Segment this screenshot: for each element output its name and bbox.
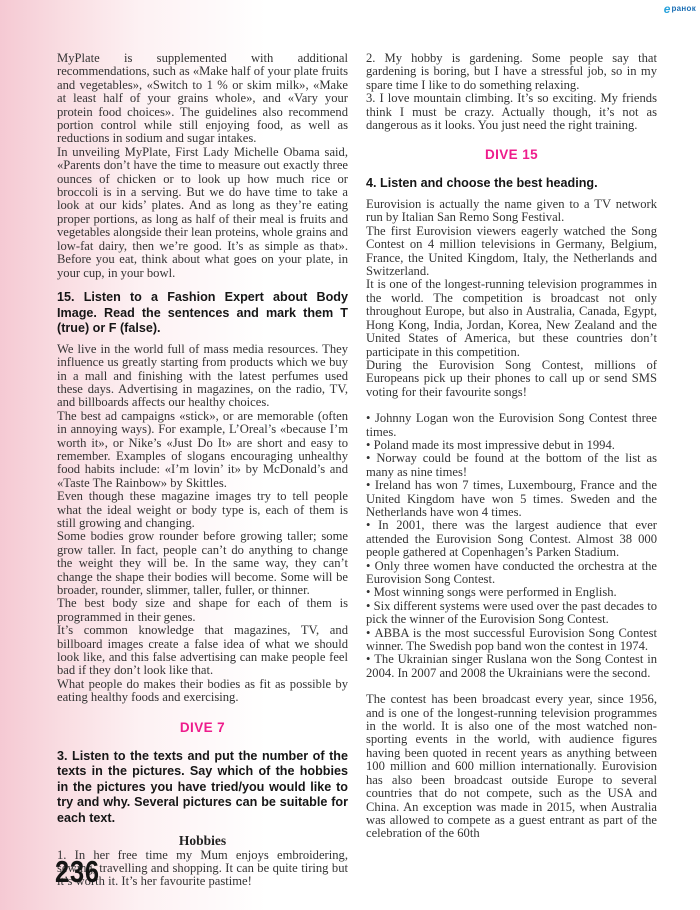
- eurovision-fact: Only three women have conducted the orch…: [366, 560, 657, 587]
- eurovision-fact: Norway could be found at the bottom of t…: [366, 452, 657, 479]
- task-15-heading: 15. Listen to a Fashion Expert about Bod…: [57, 290, 348, 337]
- paragraph-myplate-2: In unveiling MyPlate, First Lady Michell…: [57, 146, 348, 280]
- hobbies-title: Hobbies: [57, 833, 348, 849]
- eurovision-fact: The Ukrainian singer Ruslana won the Son…: [366, 653, 657, 680]
- right-column: 2. My hobby is gardening. Some people sa…: [366, 52, 657, 889]
- eurovision-paragraph: Eurovision is actually the name given to…: [366, 198, 657, 225]
- eurovision-closing-paragraph: The contest has been broadcast every yea…: [366, 693, 657, 840]
- task-3-heading: 3. Listen to the texts and put the numbe…: [57, 749, 348, 827]
- body-image-paragraph: Even though these magazine images try to…: [57, 490, 348, 530]
- left-column: MyPlate is supplemented with additional …: [57, 52, 348, 889]
- body-image-paragraph: We live in the world full of mass media …: [57, 343, 348, 410]
- task-4-heading: 4. Listen and choose the best heading.: [366, 176, 657, 192]
- dive-7-label: DIVE 7: [57, 720, 348, 735]
- body-image-paragraph: Some bodies grow rounder before growing …: [57, 530, 348, 597]
- body-image-paragraph: The best body size and shape for each of…: [57, 597, 348, 624]
- page-number: 236: [55, 854, 100, 890]
- two-column-layout: MyPlate is supplemented with additional …: [57, 52, 657, 889]
- eurovision-paragraph: It is one of the longest-running televis…: [366, 278, 657, 358]
- eurovision-fact: Poland made its most impressive debut in…: [366, 439, 657, 452]
- body-image-paragraph: What people do makes their bodies as fit…: [57, 678, 348, 705]
- eurovision-paragraph: The first Eurovision viewers eagerly wat…: [366, 225, 657, 279]
- paragraph-myplate-1: MyPlate is supplemented with additional …: [57, 52, 348, 146]
- eurovision-fact: In 2001, there was the largest audience …: [366, 519, 657, 559]
- body-image-paragraph: It’s common knowledge that magazines, TV…: [57, 624, 348, 678]
- publisher-logo: е ранок: [664, 3, 696, 15]
- e-logo-icon: е: [664, 3, 671, 15]
- dive-15-label: DIVE 15: [366, 147, 657, 162]
- eurovision-fact: Six different systems were used over the…: [366, 600, 657, 627]
- eurovision-fact: Most winning songs were performed in Eng…: [366, 586, 657, 599]
- eurovision-paragraph: During the Eurovision Song Contest, mill…: [366, 359, 657, 399]
- textbook-page: е ранок MyPlate is supplemented with add…: [0, 0, 700, 910]
- hobby-text-2: 2. My hobby is gardening. Some people sa…: [366, 52, 657, 92]
- publisher-logo-text: ранок: [671, 5, 696, 13]
- hobby-text-1: 1. In her free time my Mum enjoys embroi…: [57, 849, 348, 889]
- eurovision-fact: ABBA is the most successful Eurovision S…: [366, 627, 657, 654]
- body-image-paragraph: The best ad campaigns «stick», or are me…: [57, 410, 348, 490]
- eurovision-fact: Johnny Logan won the Eurovision Song Con…: [366, 412, 657, 439]
- eurovision-fact: Ireland has won 7 times, Luxembourg, Fra…: [366, 479, 657, 519]
- hobby-text-3: 3. I love mountain climbing. It’s so exc…: [366, 92, 657, 132]
